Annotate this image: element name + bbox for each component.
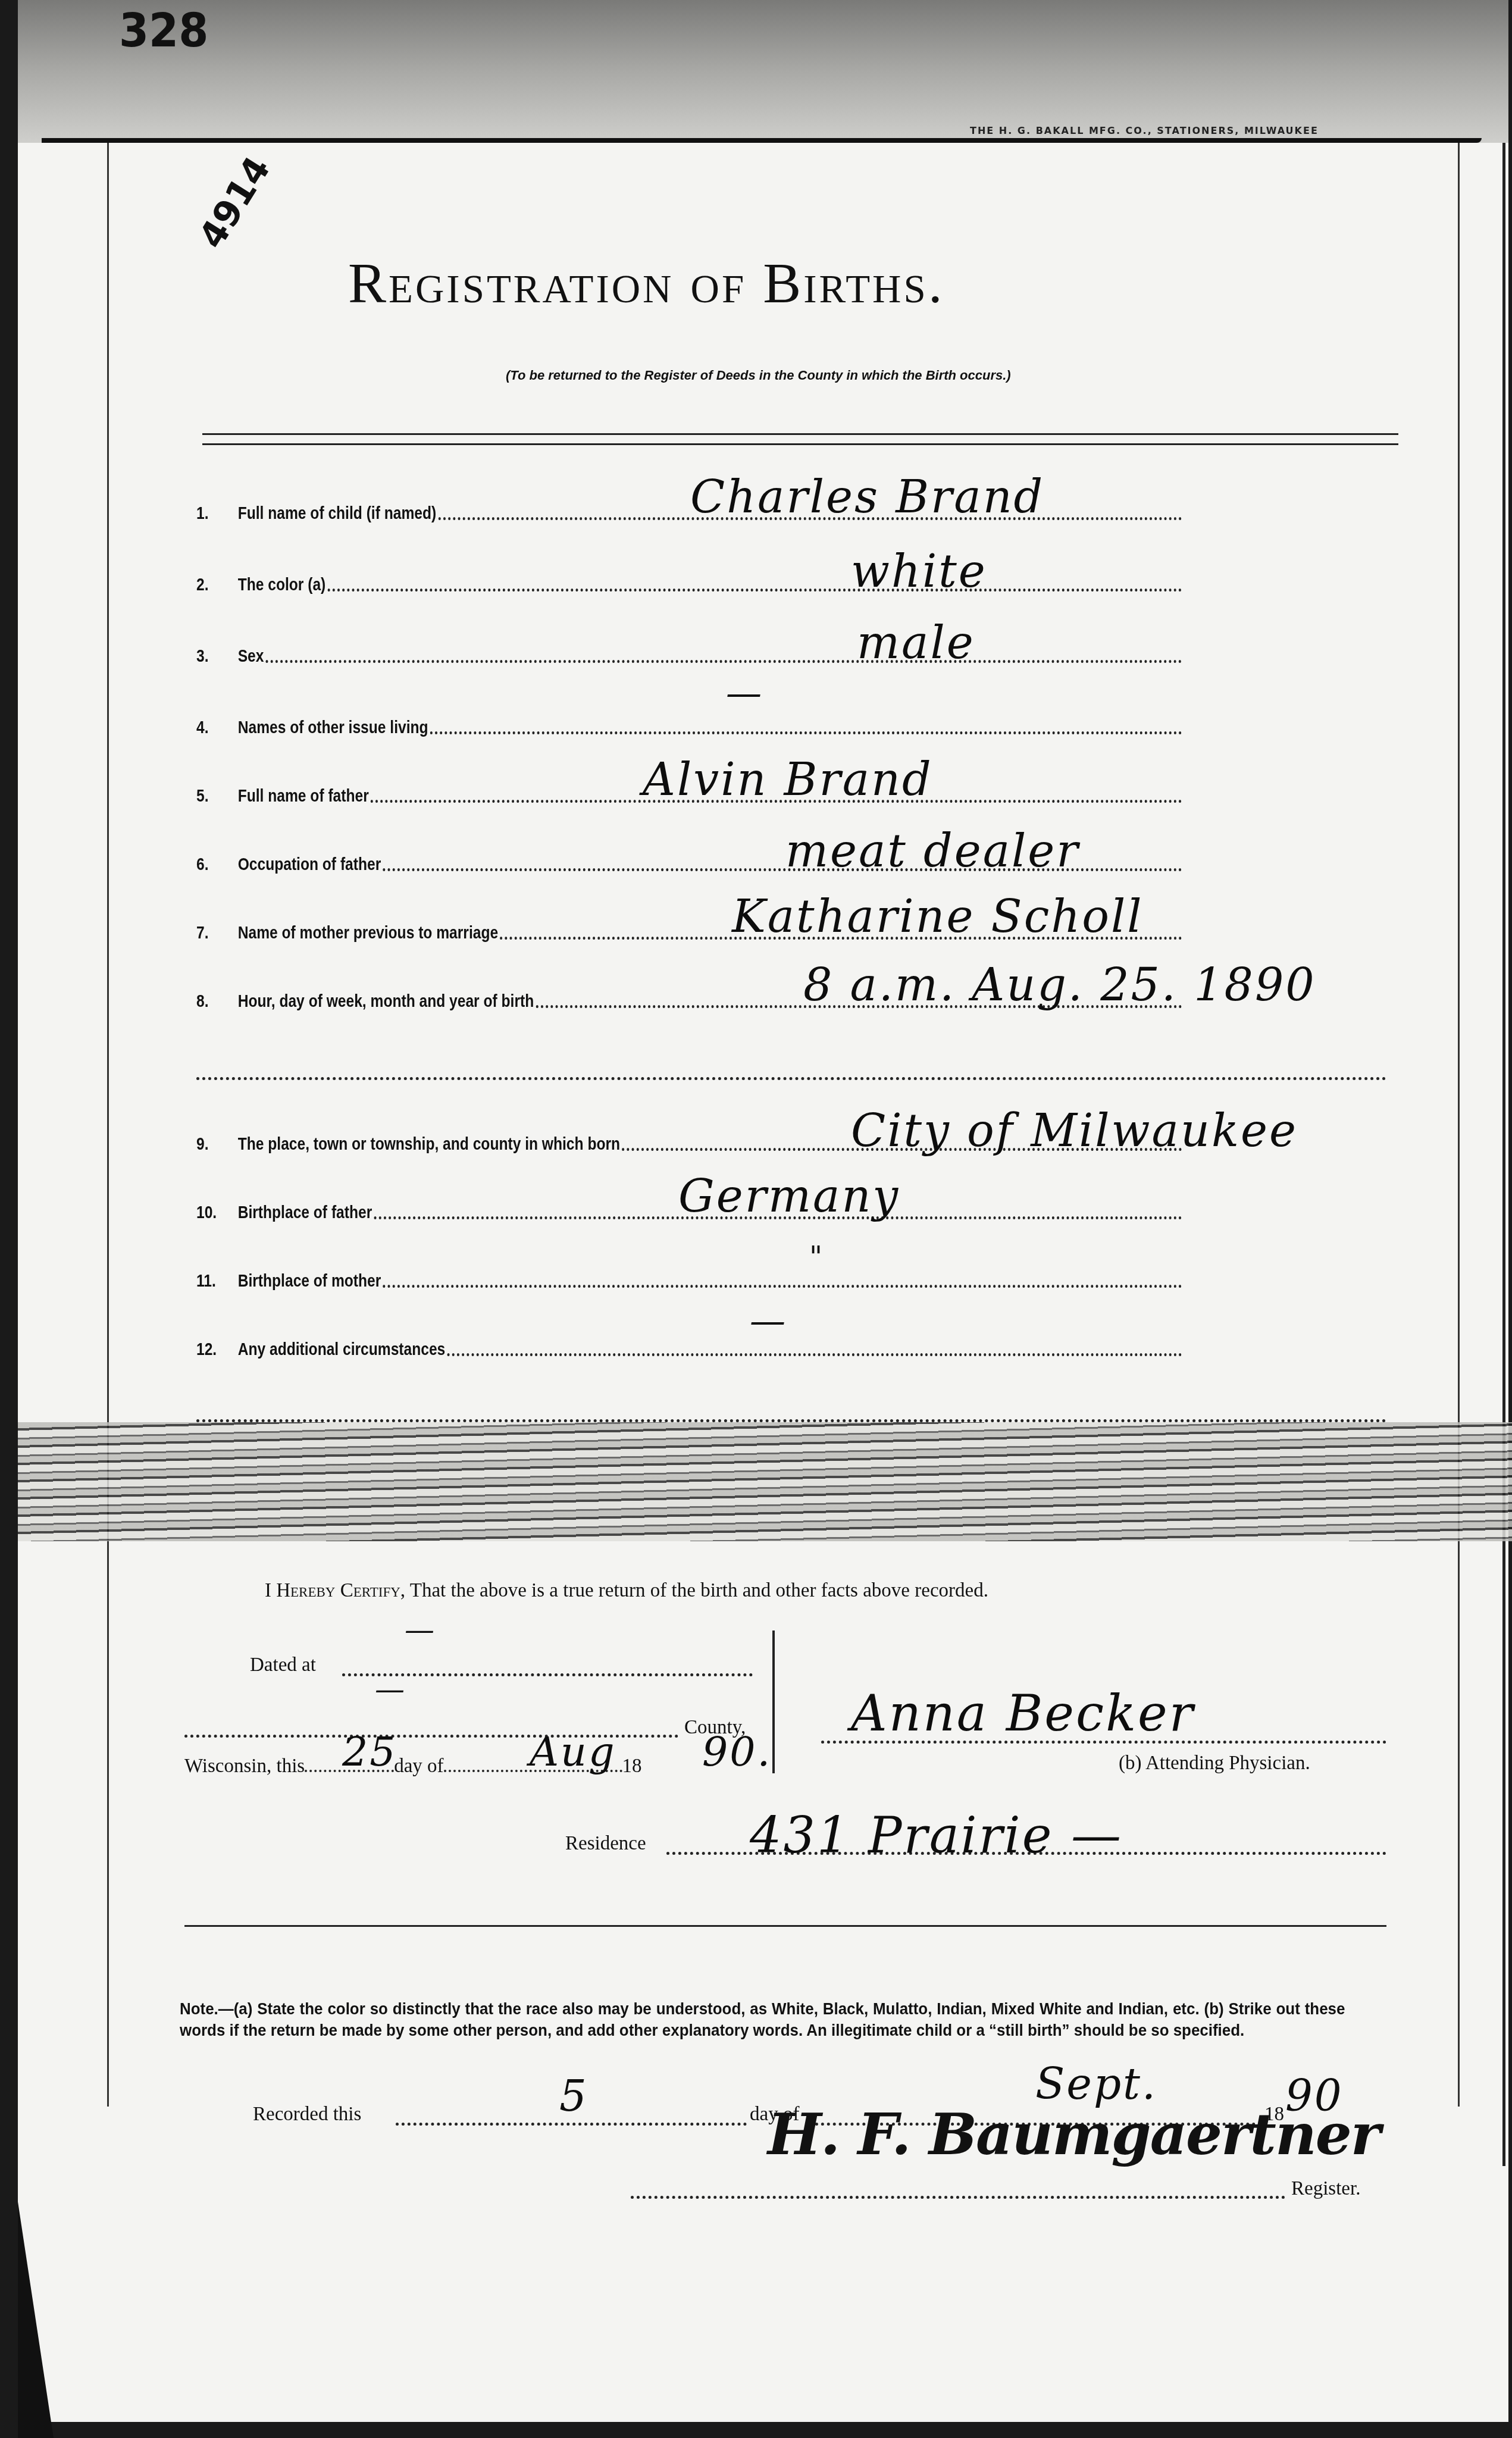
day-of-label: day of — [394, 1755, 443, 1777]
field-number: 7. — [196, 923, 238, 943]
field-label: Full name of child (if named) — [238, 503, 436, 524]
footnote: Note.—(a) State the color so distinctly … — [180, 1998, 1345, 2041]
printer-imprint: THE H. G. BAKALL MFG. CO., STATIONERS, M… — [970, 125, 1319, 136]
right-page-edge — [1502, 143, 1505, 2166]
dotted-line — [447, 1353, 1182, 1356]
additional-circumstances-value[interactable]: — — [750, 1300, 787, 1342]
physician-signature[interactable]: Anna Becker — [851, 1684, 1195, 1742]
certify-month-value[interactable]: Aug — [530, 1729, 616, 1776]
dated-at-value[interactable]: — — [405, 1613, 436, 1647]
field-number: 9. — [196, 1134, 238, 1154]
section-divider — [184, 1925, 1386, 1927]
sex-value[interactable]: male — [857, 616, 975, 669]
field-label: Any additional circumstances — [238, 1340, 446, 1360]
dotted-line — [430, 731, 1182, 734]
county-value[interactable]: — — [375, 1672, 406, 1707]
certificate-number-stamp: 4914 — [191, 149, 279, 256]
register-label: Register. — [1291, 2178, 1360, 2200]
field-number: 5. — [196, 786, 238, 806]
field-number: 10. — [196, 1203, 238, 1223]
dated-at-label: Dated at — [250, 1654, 316, 1676]
certify-year-value[interactable]: 90. — [702, 1729, 772, 1776]
father-name-value[interactable]: Alvin Brand — [643, 753, 933, 806]
field-label: Hour, day of week, month and year of bir… — [238, 991, 534, 1012]
bracket — [772, 1630, 775, 1773]
residence-value[interactable]: 431 Prairie — — [750, 1806, 1123, 1864]
birth-datetime-value[interactable]: 8 a.m. Aug. 25. 1890 — [803, 958, 1316, 1011]
certify-day-value[interactable]: 25 — [342, 1729, 397, 1776]
field-number: 4. — [196, 718, 238, 738]
header-rule-2 — [202, 443, 1398, 445]
recorded-this-label: Recorded this — [253, 2104, 361, 2126]
field-label: Occupation of father — [238, 855, 381, 875]
field-number: 11. — [196, 1271, 238, 1291]
birth-registration-page: 328 THE H. G. BAKALL MFG. CO., STATIONER… — [18, 0, 1508, 2422]
header-rule-1 — [202, 433, 1398, 435]
other-issue-value[interactable]: — — [726, 672, 763, 714]
dotted-line — [328, 588, 1182, 591]
field-label: The color (a) — [238, 575, 326, 595]
dotted-line — [266, 659, 1182, 663]
field-number: 6. — [196, 855, 238, 875]
register-signature-line — [631, 2196, 1285, 2199]
field-label: The place, town or township, and county … — [238, 1134, 620, 1154]
field-number: 3. — [196, 646, 238, 666]
mother-maiden-name-value[interactable]: Katharine Scholl — [732, 890, 1144, 943]
field-number: 12. — [196, 1340, 238, 1360]
field-label: Name of mother previous to marriage — [238, 923, 498, 943]
field-number: 8. — [196, 991, 238, 1012]
certify-lead: I Hereby Certify, — [265, 1580, 405, 1601]
field-label: Birthplace of mother — [238, 1271, 381, 1291]
color-value[interactable]: white — [851, 544, 987, 597]
certify-text: That the above is a true return of the b… — [410, 1580, 988, 1601]
father-birthplace-value[interactable]: Germany — [678, 1169, 900, 1222]
field-number: 2. — [196, 575, 238, 595]
field-row-sex: 3. Sex — [196, 631, 1182, 666]
field-row-additional-circumstances: 12. Any additional circumstances — [196, 1324, 1182, 1360]
top-border-rule — [42, 138, 1482, 143]
certification-statement: I Hereby Certify, That the above is a tr… — [265, 1580, 988, 1602]
field-label: Birthplace of father — [238, 1203, 372, 1223]
field-number: 1. — [196, 503, 238, 524]
recorded-day-value[interactable]: 5 — [559, 2071, 588, 2121]
child-name-value[interactable]: Charles Brand — [690, 470, 1044, 523]
year-prefix: 18 — [622, 1755, 642, 1777]
field-row-mother-birthplace: 11. Birthplace of mother — [196, 1256, 1182, 1291]
field-row-color: 2. The color (a) — [196, 559, 1182, 595]
field-label: Full name of father — [238, 786, 369, 806]
mother-birthplace-value[interactable]: " — [809, 1241, 824, 1274]
birth-place-value[interactable]: City of Milwaukee — [851, 1104, 1298, 1157]
father-occupation-value[interactable]: meat dealer — [785, 824, 1080, 877]
left-margin-line — [107, 143, 109, 2107]
physician-title: (b) Attending Physician. — [1119, 1752, 1310, 1774]
dotted-line — [383, 1284, 1182, 1288]
wisconsin-this-label: Wisconsin, this — [184, 1755, 305, 1777]
residence-label: Residence — [565, 1833, 646, 1855]
document-title: Registration of Births. — [348, 250, 945, 316]
register-signature[interactable]: H. F. Baumgaertner — [768, 2101, 1379, 2168]
page-corner-shadow — [18, 2202, 54, 2438]
recorded-day-line — [396, 2123, 747, 2126]
field-label: Sex — [238, 646, 264, 666]
field-row-other-issue: 4. Names of other issue living — [196, 702, 1182, 738]
continuation-dotted-line — [196, 1077, 1386, 1080]
fold-crease-damage — [18, 1422, 1512, 1541]
document-subtitle: (To be returned to the Register of Deeds… — [506, 368, 1011, 383]
right-margin-line — [1458, 143, 1460, 2107]
page-number: 328 — [119, 2, 208, 57]
field-label: Names of other issue living — [238, 718, 428, 738]
